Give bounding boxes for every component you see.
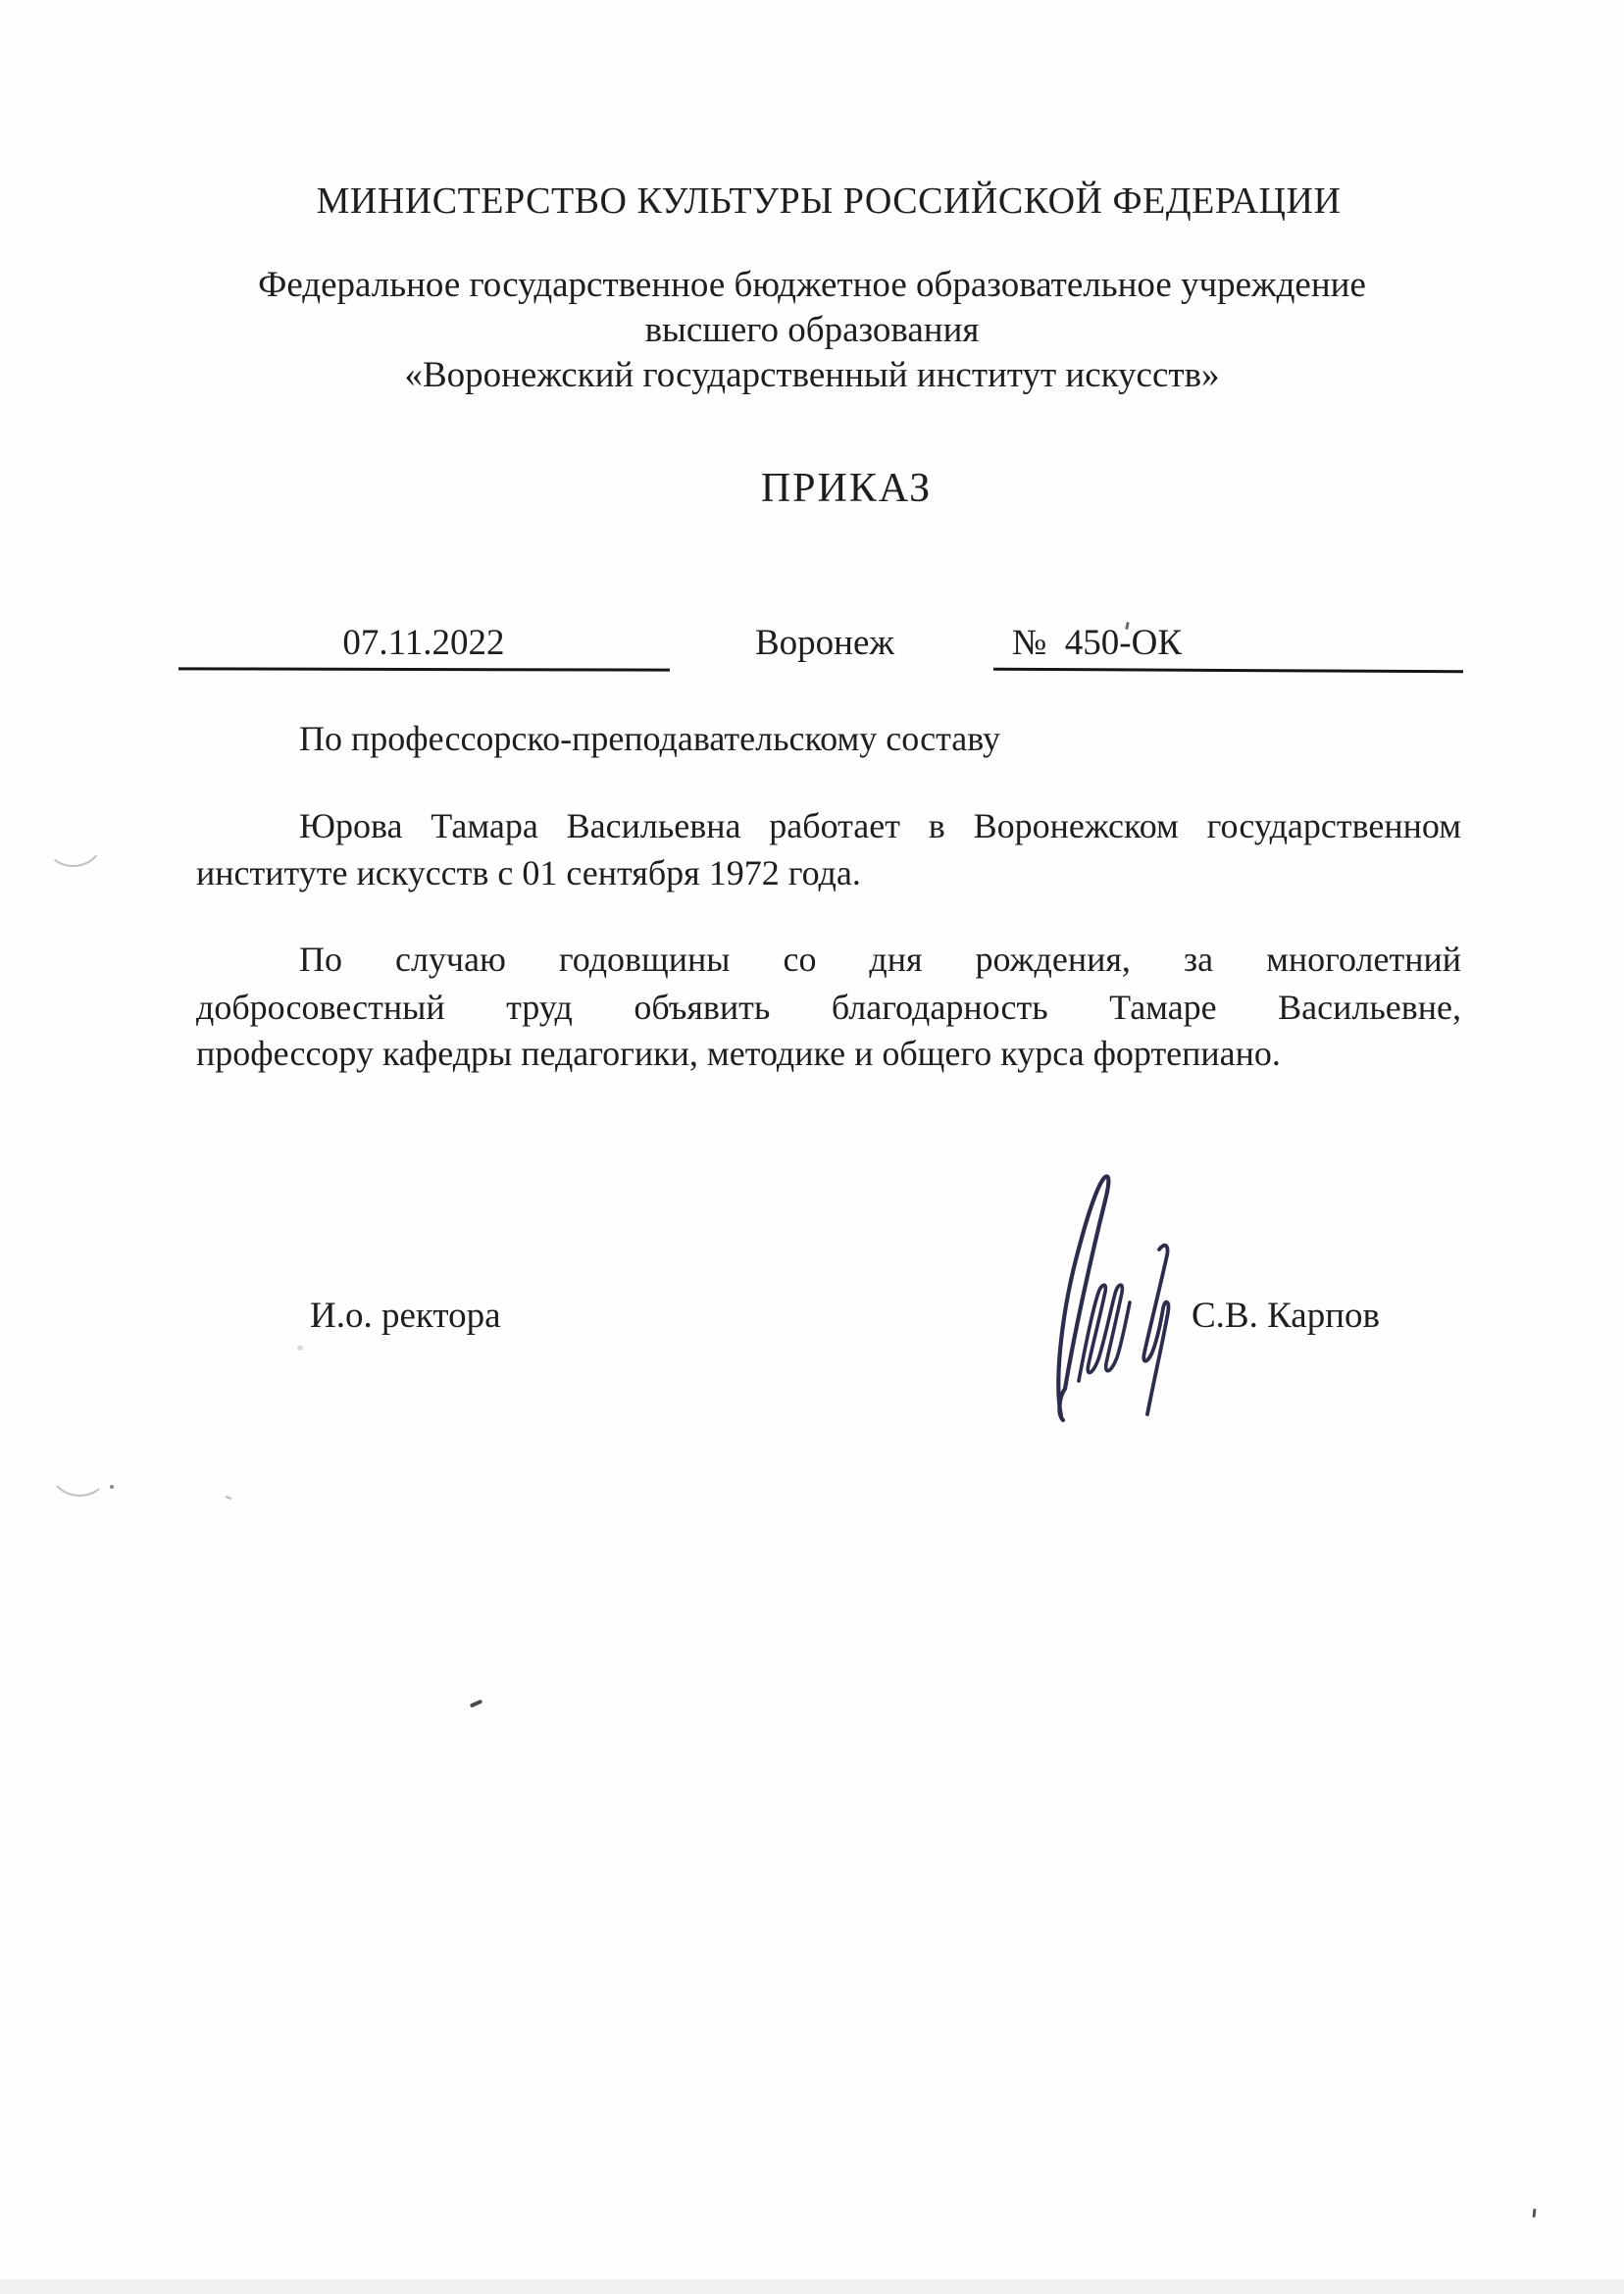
organization-header: Федеральное государственное бюджетное об… xyxy=(179,263,1445,398)
paragraph2-line3: профессору кафедры педагогики, методике … xyxy=(196,1032,1461,1075)
subject-line: По профессорско-преподавательскому соста… xyxy=(196,717,1461,760)
paragraph1-line2: институте искусств с 01 сентября 1972 го… xyxy=(196,851,1461,894)
signatory-name: С.В. Карпов xyxy=(1192,1295,1380,1337)
organization-line-1: Федеральное государственное бюджетное об… xyxy=(179,263,1445,308)
number-underline xyxy=(993,668,1463,674)
scan-artifact-dash xyxy=(470,1700,483,1708)
scan-artifact-faint-dot xyxy=(297,1346,303,1351)
paragraph2-line1: По случаю годовщины со дня рождения, за … xyxy=(196,938,1461,981)
scan-artifact-arc-upper xyxy=(40,807,107,870)
organization-line-3: «Воронежский государственный институт ис… xyxy=(179,353,1445,398)
order-number: № 450-ОК xyxy=(1012,622,1182,664)
scan-edge-strip xyxy=(0,2279,1624,2294)
date-underline xyxy=(178,667,670,671)
paragraph1-line1: Юрова Тамара Васильевна работает в Ворон… xyxy=(196,804,1461,847)
document-title: ПРИКАЗ xyxy=(214,465,1479,512)
order-date: 07.11.2022 xyxy=(178,622,669,664)
scanned-order-document: МИНИСТЕРСТВО КУЛЬТУРЫ РОССИЙСКОЙ ФЕДЕРАЦ… xyxy=(0,0,1624,2294)
scan-artifact-arc-lower xyxy=(47,1438,112,1499)
scan-artifact-right-dot xyxy=(1533,2209,1537,2218)
ministry-header: МИНИСТЕРСТВО КУЛЬТУРЫ РОССИЙСКОЙ ФЕДЕРАЦ… xyxy=(196,179,1461,223)
organization-line-2: высшего образования xyxy=(179,308,1445,353)
signatory-role: И.о. ректора xyxy=(310,1295,501,1337)
order-city: Воронеж xyxy=(755,622,894,664)
scan-artifact-dot xyxy=(110,1485,114,1489)
paragraph2-line2: добросовестный труд объявить благодарнос… xyxy=(196,986,1461,1029)
scan-artifact-tick xyxy=(226,1496,231,1500)
